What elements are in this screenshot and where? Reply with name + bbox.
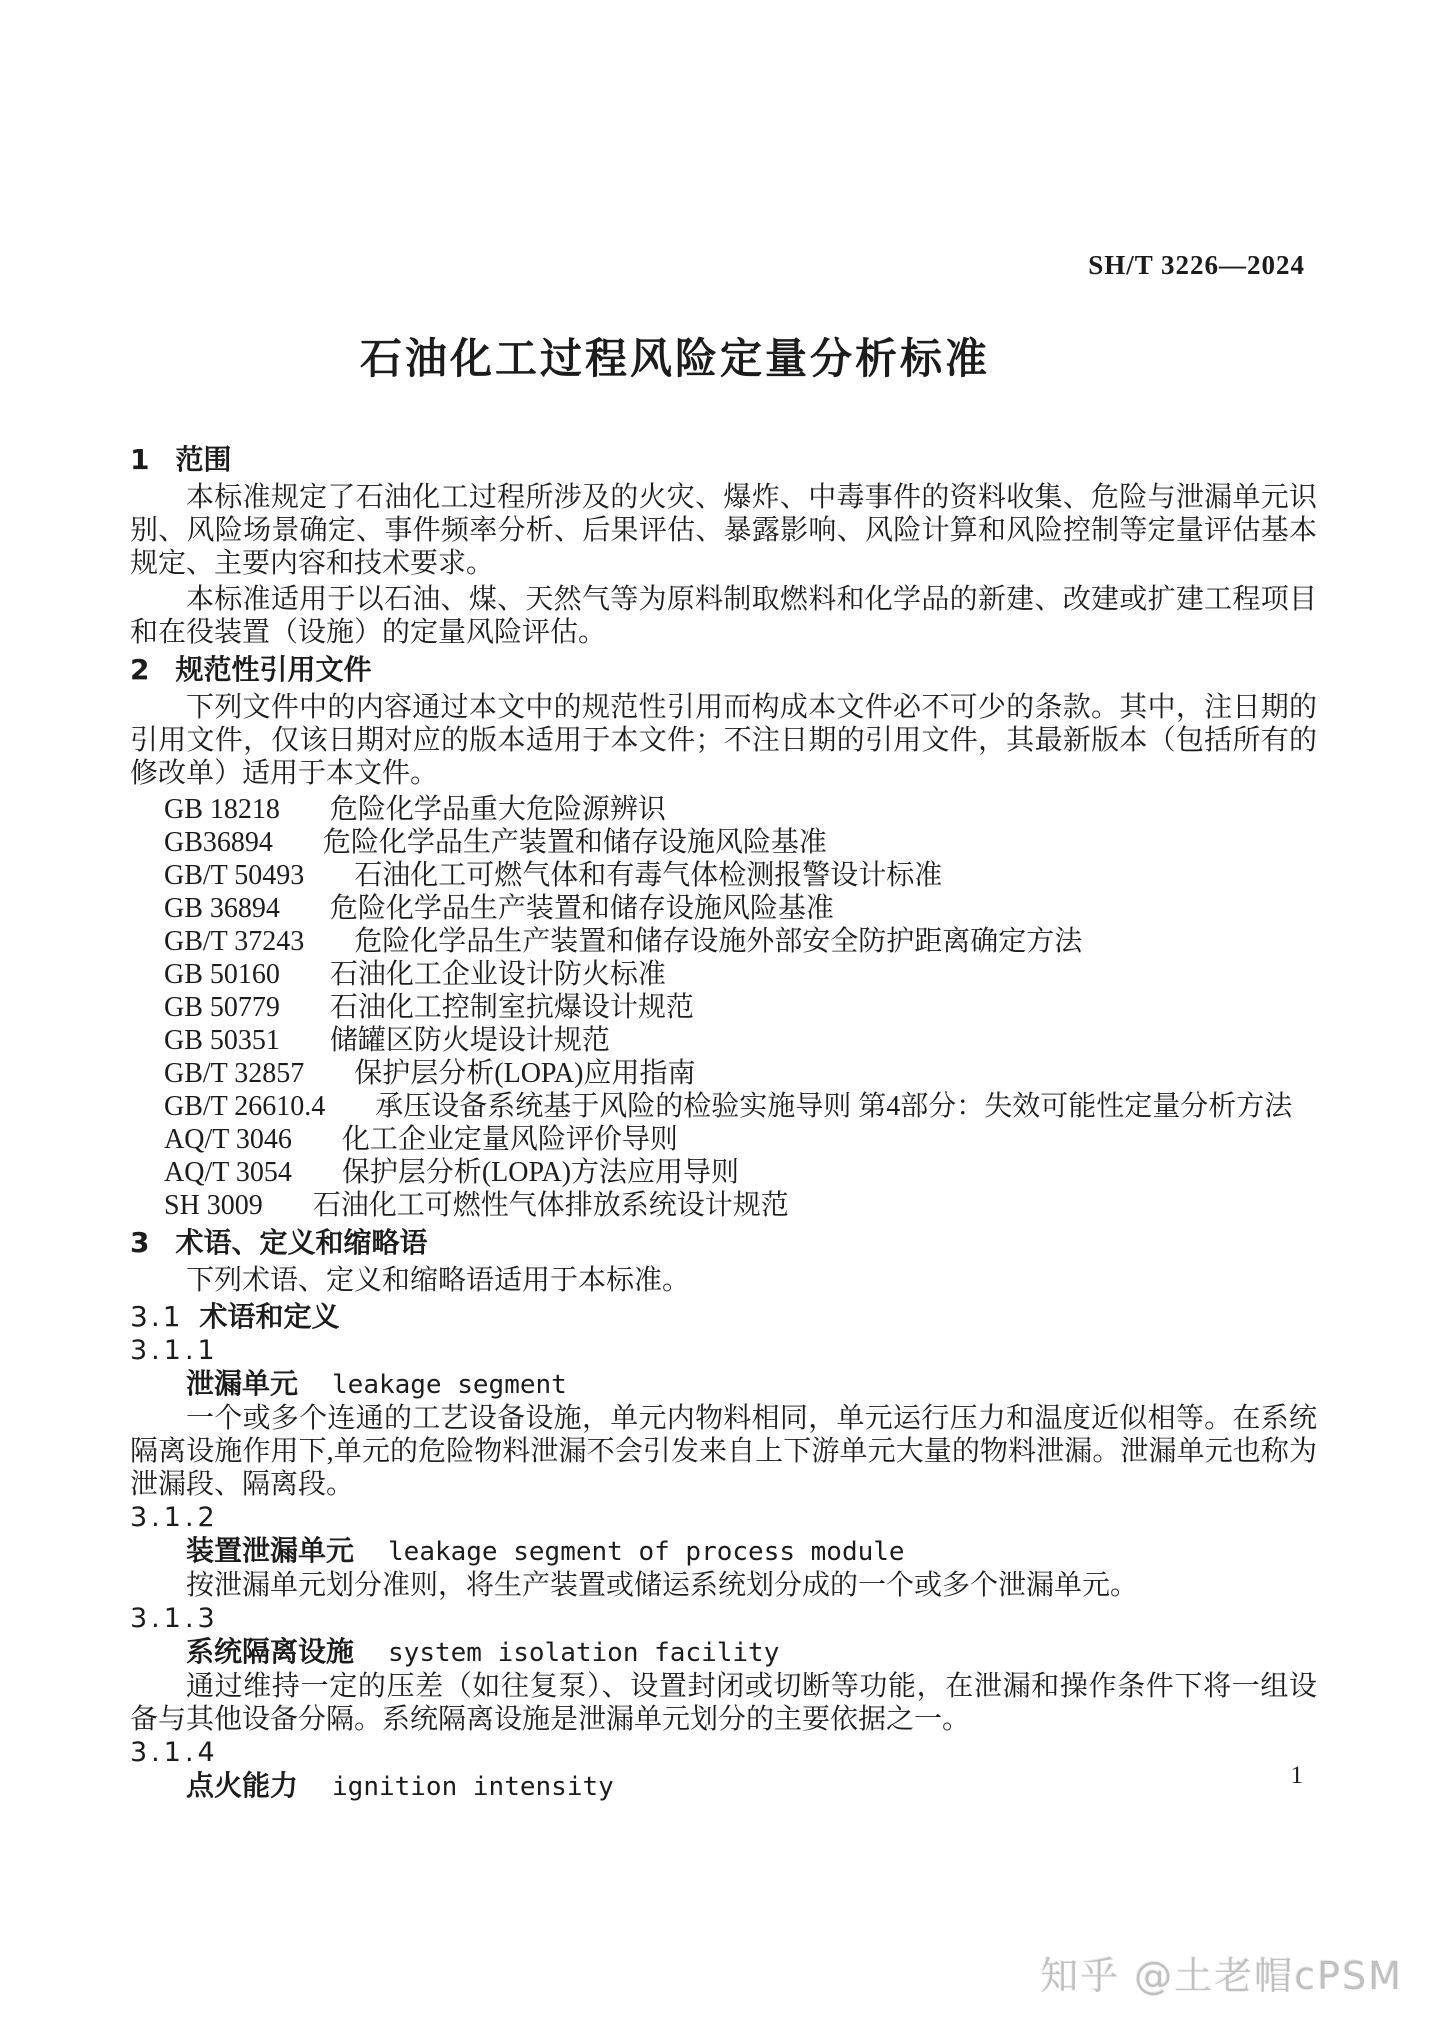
reference-item: AQ/T 3054保护层分析(LOPA)方法应用导则 <box>130 1156 1317 1189</box>
reference-title: 石油化工可燃性气体排放系统设计规范 <box>313 1190 789 1221</box>
reference-code: AQ/T 3054 <box>164 1157 292 1188</box>
term-number: 3.1.3 <box>130 1602 1317 1635</box>
term-number: 3.1.4 <box>130 1736 1317 1769</box>
reference-list: GB 18218危险化学品重大危险源辨识 GB36894危险化学品生产装置和储存… <box>130 793 1317 1222</box>
reference-code: SH 3009 <box>164 1190 263 1221</box>
section-heading-scope: 1范围 <box>130 442 1317 478</box>
section-number: 1 <box>130 443 151 476</box>
term-number: 3.1.2 <box>130 1501 1317 1534</box>
reference-code: GB 50160 <box>164 959 280 990</box>
reference-title: 承压设备系统基于风险的检验实施导则 第4部分：失效可能性定量分析方法 <box>375 1091 1292 1122</box>
term-name: 装置泄漏单元leakage segment of process module <box>130 1534 1317 1569</box>
reference-title: 石油化工控制室抗爆设计规范 <box>330 992 694 1023</box>
scope-paragraph-2: 本标准适用于以石油、煤、天然气等为原料制取燃料和化学品的新建、改建或扩建工程项目… <box>130 583 1317 649</box>
reference-item: GB/T 26610.4承压设备系统基于风险的检验实施导则 第4部分：失效可能性… <box>130 1090 1317 1123</box>
term-name-en: leakage segment of process module <box>388 1537 905 1567</box>
reference-code: GB/T 32857 <box>164 1058 304 1089</box>
reference-item: GB 50351储罐区防火堤设计规范 <box>130 1024 1317 1057</box>
term-number: 3.1.1 <box>130 1334 1317 1367</box>
subsection-number: 3.1 <box>130 1300 184 1333</box>
section-heading-normative-references: 2规范性引用文件 <box>130 652 1317 688</box>
subsection-title: 术语和定义 <box>200 1300 340 1333</box>
reference-title: 保护层分析(LOPA)应用指南 <box>354 1058 695 1089</box>
section-heading-terms: 3术语、定义和缩略语 <box>130 1225 1317 1261</box>
section-title: 规范性引用文件 <box>175 653 371 686</box>
term-name-en: system isolation facility <box>388 1638 779 1668</box>
section-number: 2 <box>130 653 151 686</box>
term-ignition-intensity: 3.1.4 点火能力ignition intensity <box>130 1736 1317 1804</box>
reference-title: 危险化学品生产装置和储存设施外部安全防护距离确定方法 <box>354 926 1082 957</box>
reference-title: 化工企业定量风险评价导则 <box>342 1124 678 1155</box>
term-leakage-segment: 3.1.1 泄漏单元leakage segment 一个或多个连通的工艺设备设施… <box>130 1334 1317 1501</box>
reference-title: 危险化学品重大危险源辨识 <box>330 794 666 825</box>
page-number: 1 <box>1291 1762 1304 1790</box>
doc-title: 石油化工过程风险定量分析标准 <box>0 332 1440 386</box>
term-name-en: ignition intensity <box>332 1772 614 1802</box>
reference-title: 保护层分析(LOPA)方法应用导则 <box>342 1157 739 1188</box>
reference-item: GB 50160石油化工企业设计防火标准 <box>130 958 1317 991</box>
reference-item: GB 50779石油化工控制室抗爆设计规范 <box>130 991 1317 1024</box>
reference-title: 危险化学品生产装置和储存设施风险基准 <box>323 827 827 858</box>
reference-item: GB/T 37243危险化学品生产装置和储存设施外部安全防护距离确定方法 <box>130 925 1317 958</box>
term-name-zh: 装置泄漏单元 <box>186 1534 354 1567</box>
reference-item: AQ/T 3046化工企业定量风险评价导则 <box>130 1123 1317 1156</box>
reference-code: GB 18218 <box>164 794 280 825</box>
reference-code: GB 36894 <box>164 893 280 924</box>
term-name-zh: 泄漏单元 <box>186 1367 298 1400</box>
reference-code: GB/T 50493 <box>164 860 304 891</box>
reference-code: GB 50351 <box>164 1025 280 1056</box>
section-title: 术语、定义和缩略语 <box>175 1226 427 1259</box>
reference-code: AQ/T 3046 <box>164 1124 292 1155</box>
document-page: SH/T 3226—2024 石油化工过程风险定量分析标准 1范围 本标准规定了… <box>0 0 1440 2036</box>
reference-title: 石油化工企业设计防火标准 <box>330 959 666 990</box>
section-title: 范围 <box>175 443 231 476</box>
reference-item: GB 36894危险化学品生产装置和储存设施风险基准 <box>130 892 1317 925</box>
term-name: 泄漏单元leakage segment <box>130 1367 1317 1402</box>
reference-item: GB/T 50493石油化工可燃气体和有毒气体检测报警设计标准 <box>130 859 1317 892</box>
term-system-isolation-facility: 3.1.3 系统隔离设施system isolation facility 通过… <box>130 1602 1317 1736</box>
term-leakage-segment-of-process-module: 3.1.2 装置泄漏单元leakage segment of process m… <box>130 1501 1317 1602</box>
reference-item: GB/T 32857保护层分析(LOPA)应用指南 <box>130 1057 1317 1090</box>
term-name: 点火能力ignition intensity <box>130 1769 1317 1804</box>
reference-code: GB/T 26610.4 <box>164 1091 325 1122</box>
document-body: 1范围 本标准规定了石油化工过程所涉及的火灾、爆炸、中毒事件的资料收集、危险与泄… <box>130 439 1317 1804</box>
reference-code: GB 50779 <box>164 992 280 1023</box>
watermark: 知乎 @土老帽cPSM <box>1040 1952 1403 2000</box>
scope-paragraph-1: 本标准规定了石油化工过程所涉及的火灾、爆炸、中毒事件的资料收集、危险与泄漏单元识… <box>130 481 1317 580</box>
reference-item: GB36894危险化学品生产装置和储存设施风险基准 <box>130 826 1317 859</box>
reference-item: GB 18218危险化学品重大危险源辨识 <box>130 793 1317 826</box>
normative-references-paragraph: 下列文件中的内容通过本文中的规范性引用而构成本文件必不可少的条款。其中，注日期的… <box>130 691 1317 790</box>
section-number: 3 <box>130 1226 151 1259</box>
doc-code: SH/T 3226—2024 <box>1088 248 1305 282</box>
reference-code: GB36894 <box>164 827 273 858</box>
terms-intro-paragraph: 下列术语、定义和缩略语适用于本标准。 <box>130 1264 1317 1297</box>
reference-item: SH 3009石油化工可燃性气体排放系统设计规范 <box>130 1189 1317 1222</box>
reference-title: 储罐区防火堤设计规范 <box>330 1025 610 1056</box>
subsection-heading-terms-definitions: 3.1术语和定义 <box>130 1300 1317 1334</box>
term-definition: 按泄漏单元划分准则，将生产装置或储运系统划分成的一个或多个泄漏单元。 <box>130 1569 1317 1602</box>
term-name-zh: 系统隔离设施 <box>186 1635 354 1668</box>
reference-code: GB/T 37243 <box>164 926 304 957</box>
term-definition: 通过维持一定的压差（如往复泵）、设置封闭或切断等功能，在泄漏和操作条件下将一组设… <box>130 1670 1317 1736</box>
term-definition: 一个或多个连通的工艺设备设施，单元内物料相同，单元运行压力和温度近似相等。在系统… <box>130 1402 1317 1501</box>
reference-title: 石油化工可燃气体和有毒气体检测报警设计标准 <box>354 860 942 891</box>
reference-title: 危险化学品生产装置和储存设施风险基准 <box>330 893 834 924</box>
term-name-en: leakage segment <box>332 1370 567 1400</box>
term-name: 系统隔离设施system isolation facility <box>130 1635 1317 1670</box>
term-name-zh: 点火能力 <box>186 1769 298 1802</box>
